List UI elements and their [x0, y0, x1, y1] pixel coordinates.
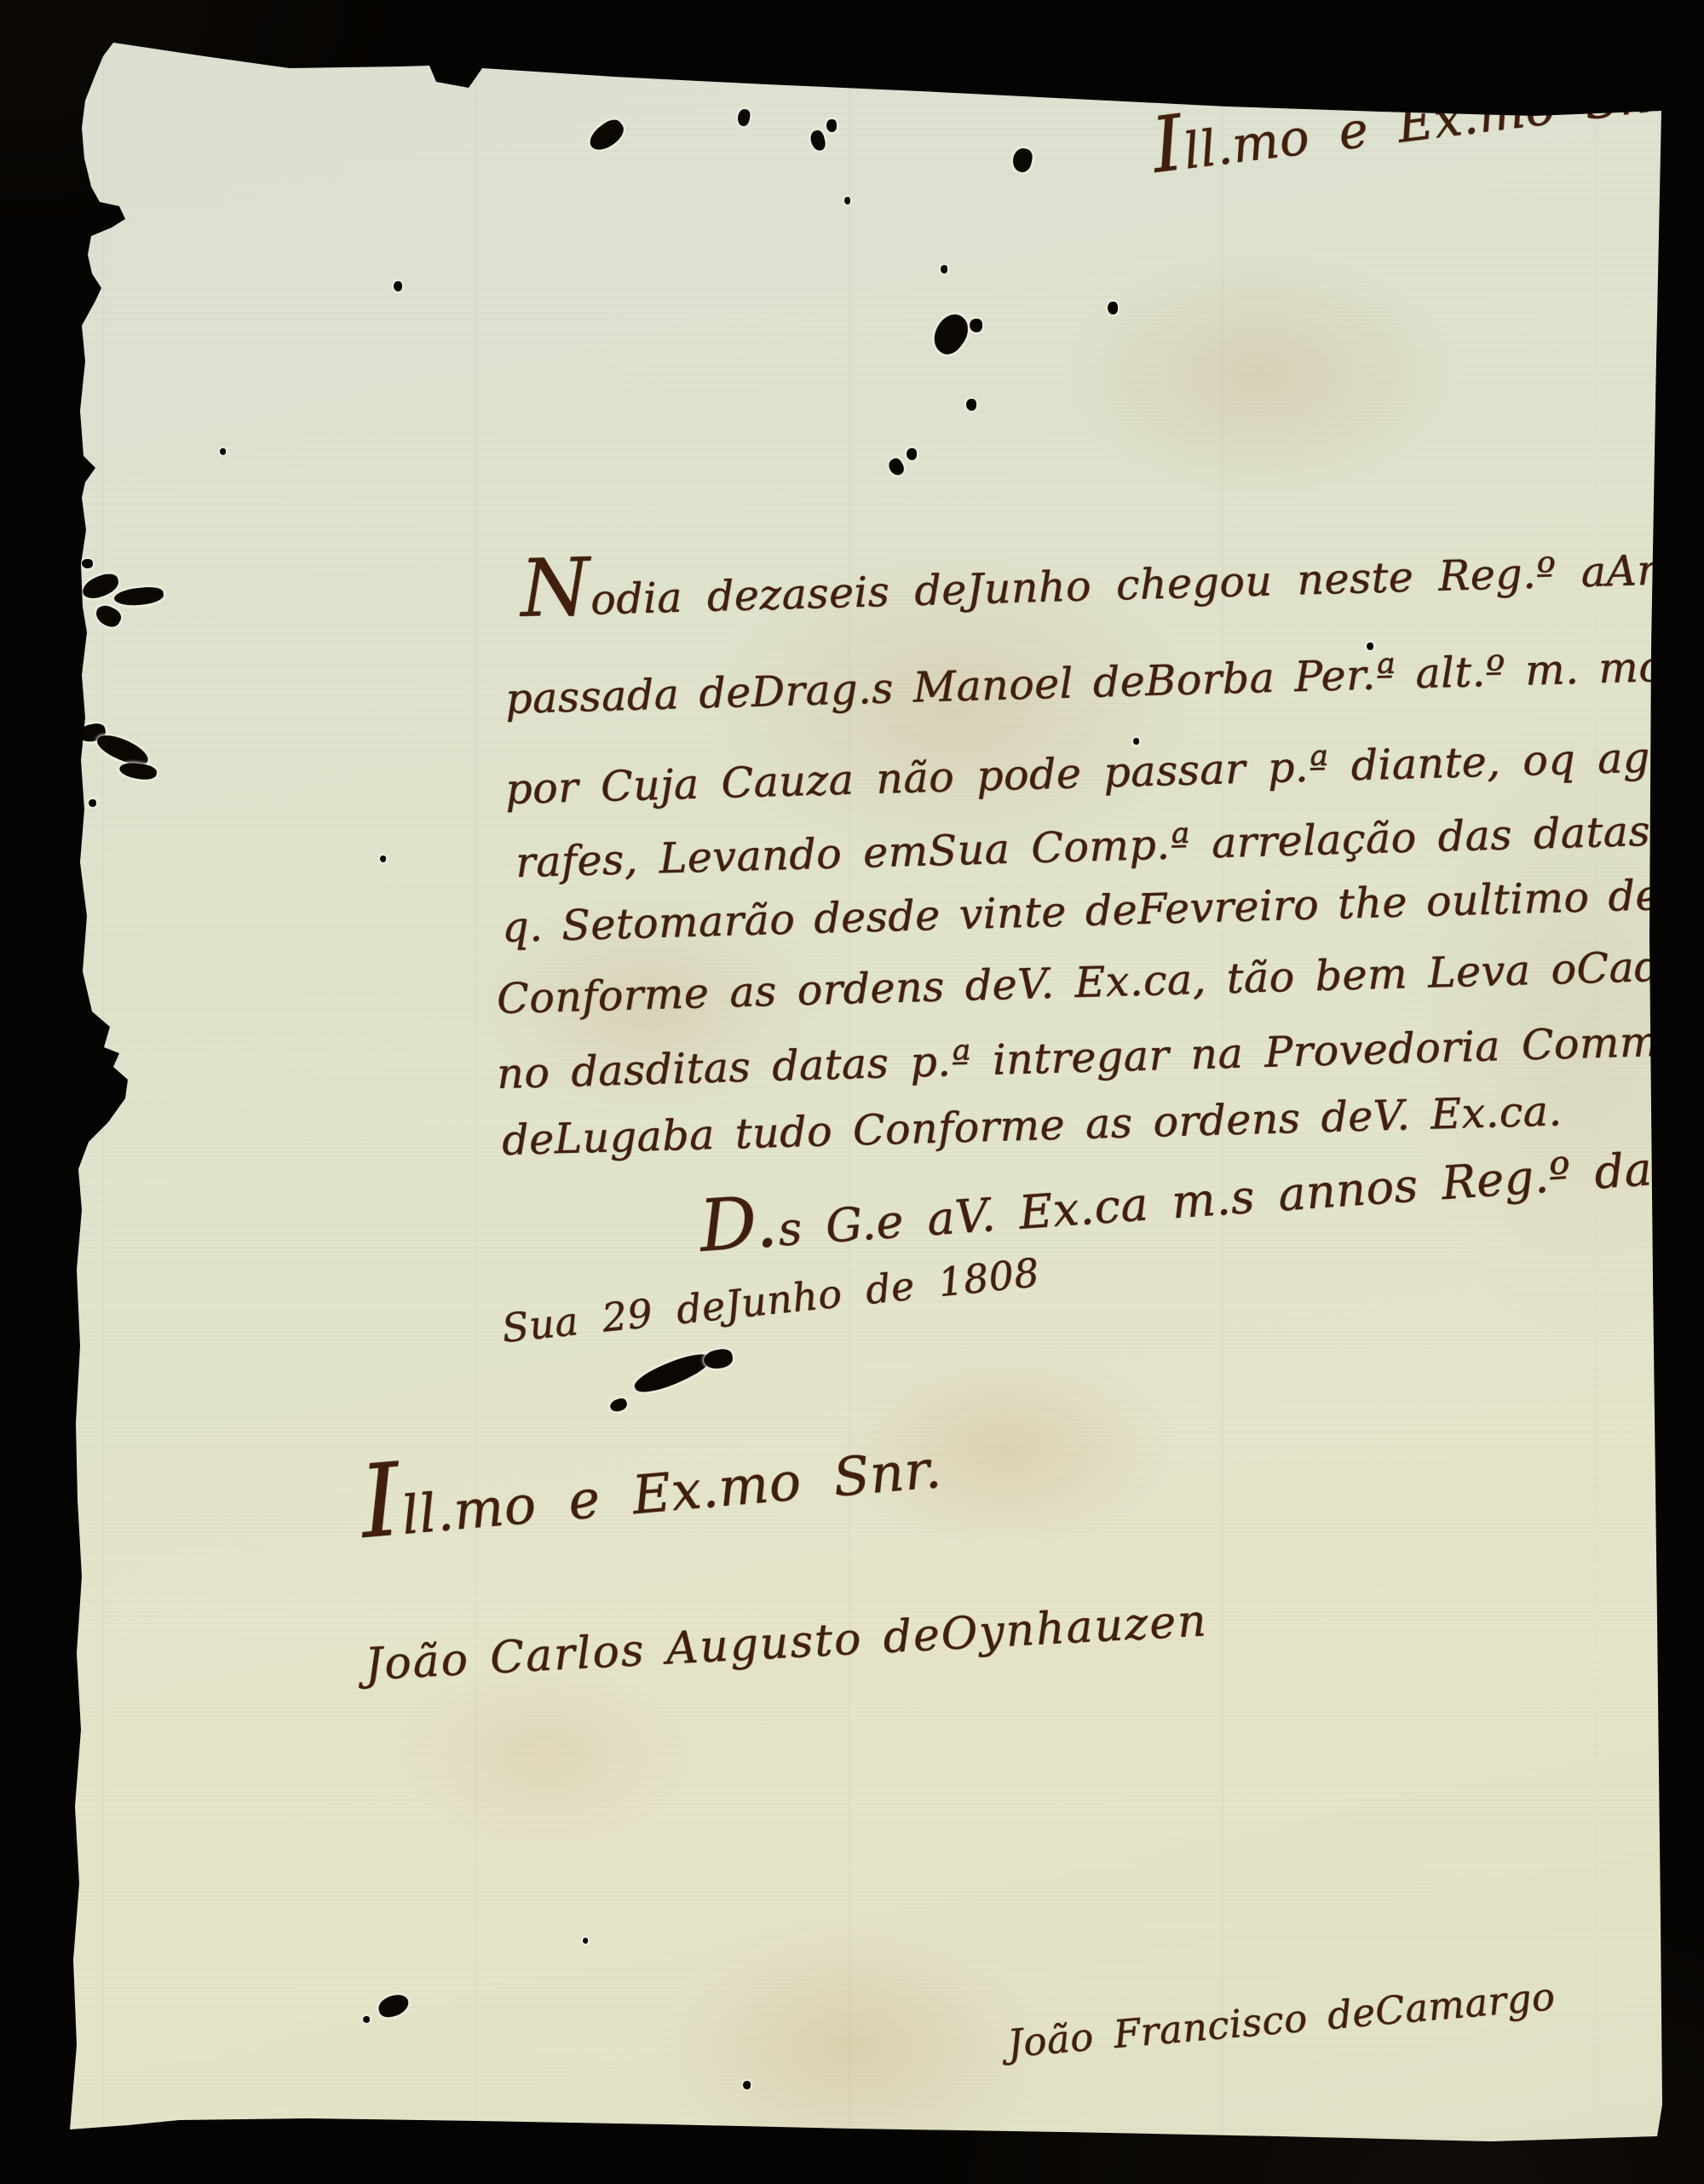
ink-blot [844, 197, 850, 205]
closing-line: D.s G.e aV. Ex.ca m.s annos Reg.º daIn [699, 1138, 1703, 1262]
ink-blot [886, 456, 907, 477]
ink-blot [966, 399, 976, 411]
ink-blot [89, 799, 96, 807]
ink-blot [970, 319, 982, 332]
ink-blot [941, 265, 947, 274]
ink-blot [82, 559, 93, 568]
ink-blot [743, 2081, 751, 2089]
ink-blot [394, 281, 402, 291]
address-salutation: Ill.mo e Ex.mo Snr. [360, 1438, 944, 1550]
ink-blot [583, 1938, 588, 1944]
addressee-name: João Carlos Augusto deOynhauzen [364, 1595, 1209, 1691]
body-line-6: Conforme as ordens deV. Ex.ca, tão bem L… [496, 941, 1704, 1023]
ink-blot [809, 129, 827, 152]
ink-blot [736, 108, 751, 127]
ink-blot [377, 1992, 412, 2020]
ink-blot [113, 585, 164, 608]
ink-blot [1133, 738, 1139, 745]
ink-blot [608, 1397, 629, 1414]
header-salutation: Ill.mo e Ex.mo Snr [1150, 62, 1678, 184]
body-line-2: passada deDrag.s Manoel deBorba Per.ª al… [504, 640, 1704, 723]
ink-blot [631, 1346, 715, 1400]
ink-blot [907, 448, 917, 460]
ink-blot [702, 1347, 734, 1371]
ink-blot [1010, 147, 1033, 174]
body-line-1: Nodia dezaseis deJunho chegou neste Reg.… [520, 545, 1686, 626]
ink-blot [926, 308, 976, 360]
body-line-3: por Cuja Cauza não pode passar p.ª diant… [504, 733, 1676, 814]
body-line-7: no dasditas datas p.ª intregar na Proved… [496, 1014, 1704, 1098]
signature: João Francisco deCamargo [1005, 1974, 1557, 2066]
ink-blot [363, 2016, 370, 2023]
scan-background: Ill.mo e Ex.mo Snr Nodia dezaseis deJunh… [0, 0, 1704, 2184]
ink-blot [220, 448, 226, 455]
ink-blot [93, 602, 124, 631]
ink-blot [380, 856, 386, 862]
date-line: Sua 29 deJunho de 1808 [499, 1249, 1041, 1351]
ink-blot [1108, 302, 1118, 314]
ink-blot [826, 119, 837, 132]
ink-blot [1367, 643, 1373, 650]
body-line-8: deLugaba tudo Conforme as ordens deV. Ex… [501, 1086, 1563, 1165]
letter-paper: Ill.mo e Ex.mo Snr Nodia dezaseis deJunh… [0, 0, 1704, 2184]
ink-blot [585, 115, 629, 156]
ink-blot [118, 761, 158, 781]
